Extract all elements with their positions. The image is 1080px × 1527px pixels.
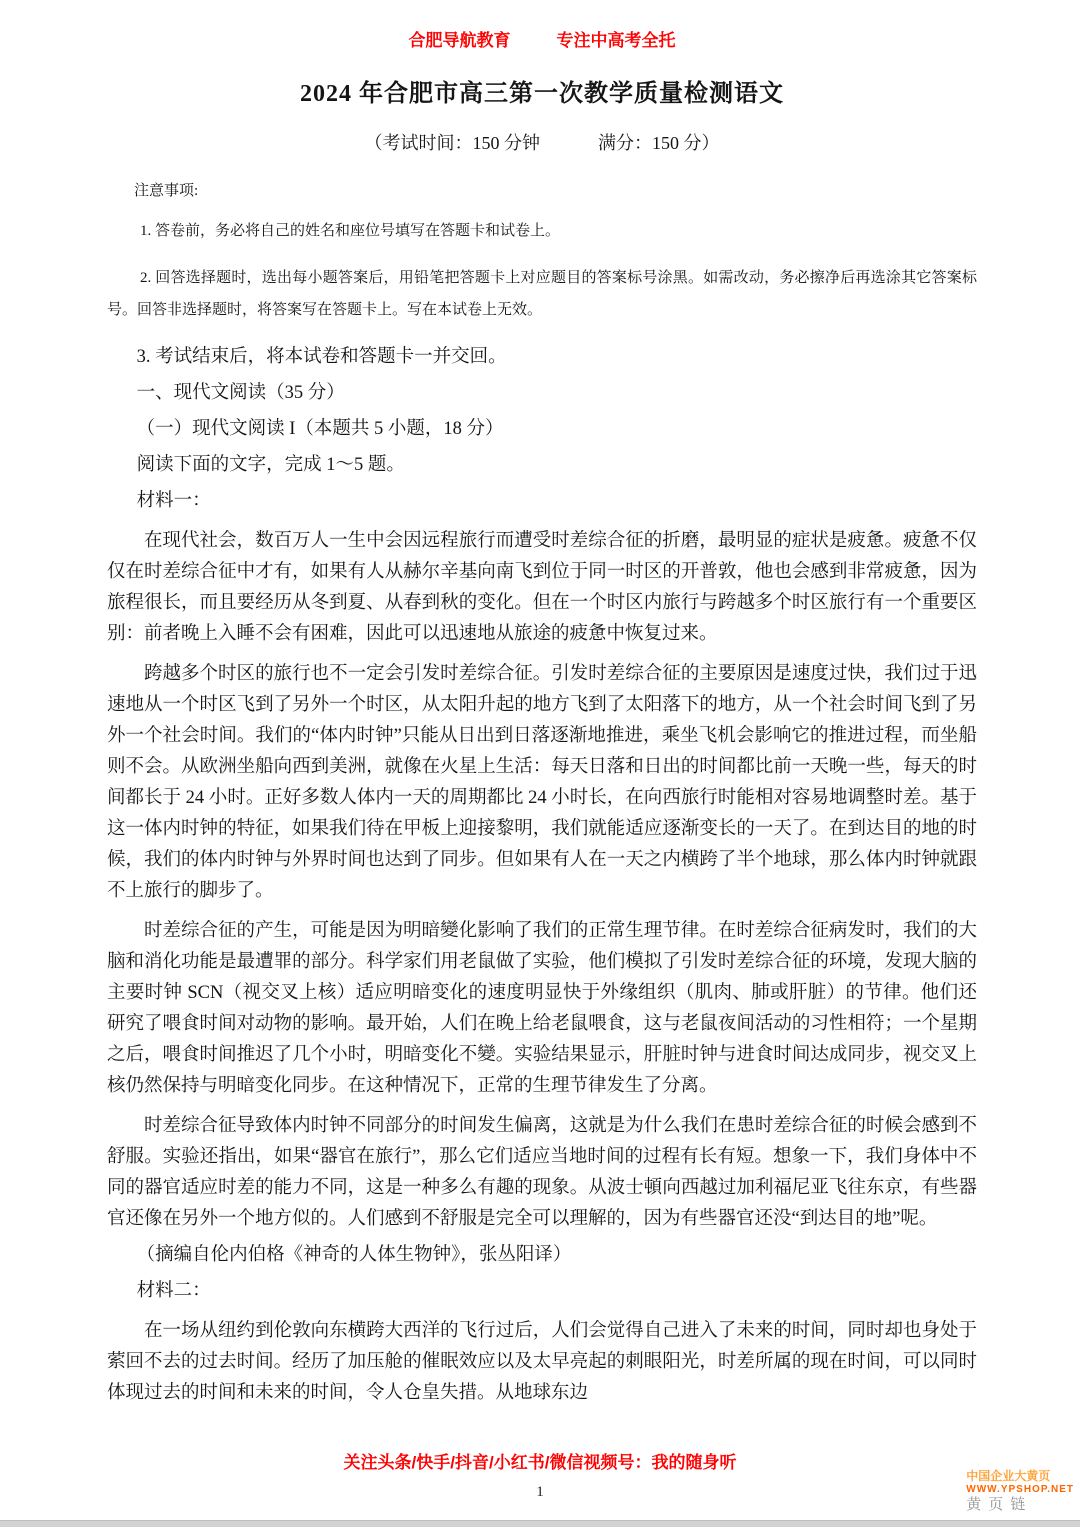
- notice-item-2: 2. 回答选择题时，选出每小题答案后，用铅笔把答题卡上对应题目的答案标号涂黑。如…: [107, 262, 977, 326]
- exam-time-text: （考试时间：150 分钟: [365, 129, 541, 155]
- watermark-brand-text: 中国企业大黄页: [966, 1469, 1074, 1484]
- exam-info-line: （考试时间：150 分钟 满分：150 分）: [107, 129, 977, 155]
- material1-paragraph: 在现代社会，数百万人一生中会因远程旅行而遭受时差综合征的折磨，最明显的症状是疲惫…: [107, 526, 977, 650]
- material2-paragraph: 在一场从纽约到伦敦向东横跨大西洋的飞行过后，人们会觉得自己进入了未来的时间，同时…: [107, 1316, 977, 1409]
- section-heading: 一、现代文阅读（35 分）: [107, 378, 977, 409]
- banner-left-text: 合肥导航教育: [409, 26, 511, 51]
- material1-label: 材料一：: [107, 486, 977, 517]
- exam-paper-page: 合肥导航教育 专注中高考全托 2024 年合肥市高三第一次教学质量检测语文 （考…: [0, 0, 1080, 1527]
- reading-instruction: 阅读下面的文字，完成 1～5 题。: [107, 450, 977, 481]
- material1-paragraph: 跨越多个时区的旅行也不一定会引发时差综合征。引发时差综合征的主要原因是速度过快，…: [107, 659, 977, 907]
- notice-heading: 注意事项:: [107, 179, 977, 200]
- page-content: 合肥导航教育 专注中高考全托 2024 年合肥市高三第一次教学质量检测语文 （考…: [0, 0, 1080, 1409]
- yellow-pages-watermark: 中国企业大黄页 WWW.YPSHOP.NET 黄页链: [966, 1469, 1074, 1515]
- banner-right-text: 专注中高考全托: [557, 26, 676, 51]
- coaching-banner: 合肥导航教育 专注中高考全托: [107, 26, 977, 51]
- material1-paragraph: 时差综合征的产生，可能是因为明暗變化影响了我们的正常生理节律。在时差综合征病发时…: [107, 916, 977, 1102]
- notice-item-3: 3. 考试结束后，将本试卷和答题卡一并交回。: [107, 342, 977, 373]
- section-subheading: （一）现代文阅读 I（本题共 5 小题，18 分）: [107, 414, 977, 445]
- bottom-edge-bar: [0, 1520, 1080, 1527]
- material1-source: （摘编自伦内伯格《神奇的人体生物钟》，张丛阳译）: [107, 1240, 977, 1271]
- full-score-text: 满分：150 分）: [598, 129, 720, 155]
- material2-label: 材料二：: [107, 1276, 977, 1307]
- notice-item-1: 1. 答卷前，务必将自己的姓名和座位号填写在答题卡和试卷上。: [107, 215, 977, 247]
- watermark-url-text: WWW.YPSHOP.NET: [966, 1484, 1074, 1497]
- paper-title: 2024 年合肥市高三第一次教学质量检测语文: [107, 73, 977, 108]
- material1-paragraph: 时差综合征导致体内时钟不同部分的时间发生偏离，这就是为什么我们在患时差综合征的时…: [107, 1111, 977, 1235]
- watermark-name-text: 黄页链: [966, 1496, 1074, 1515]
- footer-promo-text: 关注头条/快手/抖音/小红书/微信视频号：我的随身听: [0, 1448, 1080, 1473]
- page-number: 1: [0, 1484, 1080, 1501]
